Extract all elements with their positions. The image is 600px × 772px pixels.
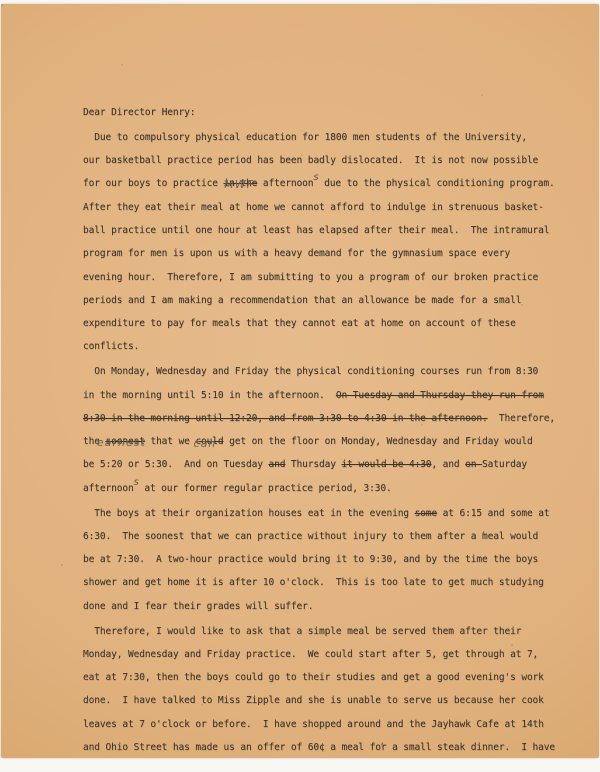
handwritten-annotation-text: can [194, 432, 217, 455]
paragraph: Due to compulsory physical education for… [83, 126, 563, 359]
typed-text: and some at [482, 508, 549, 519]
letter-line: expenditure to pay for meals that they c… [83, 312, 563, 335]
letter-line: On Monday, Wednesday and Friday the phys… [83, 360, 563, 383]
typed-text: leaves at 7 o'clock or before. I have sh… [83, 719, 381, 730]
typed-text: that we [145, 436, 196, 447]
typed-text: , and [431, 459, 465, 470]
typed-text: be at 7:30. A two-hour practice would br… [83, 554, 538, 565]
typed-text: conflicts. [83, 341, 139, 352]
typed-text: After they eat their meal at home we can… [83, 202, 544, 213]
letter-line: be 5:20 or 5:30. And on Tuesday and Thur… [83, 453, 563, 476]
typed-text: and the Jayhawk Cafe at 14th [381, 719, 544, 730]
typed-text: Saturday [482, 459, 527, 470]
letter-line: program for men is upon us with a heavy … [83, 242, 563, 265]
handwritten-comma-glyph: , [482, 518, 486, 541]
salutation: Dear Director Henry: [83, 101, 563, 124]
letter-line: ball practice until one hour at least ha… [83, 219, 563, 242]
typed-text: evening hour. Therefore, I am submitting… [83, 272, 538, 283]
letter-line: the soonestearliest that we couldcan get… [83, 430, 563, 453]
letter-line: The boys at their organization houses ea… [83, 502, 563, 525]
typed-text: eat at 7:30, then the boys could go to t… [83, 672, 544, 683]
typed-text: due to the physical conditioning program… [319, 178, 555, 189]
letter-line: done and I fear their grades will suffer… [83, 595, 563, 618]
struck-text: some [415, 508, 437, 519]
screenshot-root: { "colors": { "page_background": "#f8f7f… [0, 0, 600, 772]
paper-texture [1, 4, 3, 6]
handwritten-superscript: s [313, 166, 318, 189]
typed-text: done. I have talked to Miss Zipple and s… [83, 695, 544, 706]
handwritten-annotation-text: earliest [97, 431, 146, 454]
typed-text: our basketball practice period has been … [83, 155, 538, 166]
letter-line: and Ohio Street has made us an offer of … [83, 736, 563, 759]
paragraph: On Monday, Wednesday and Friday the phys… [83, 360, 563, 500]
typed-text: and Ohio Street has made us an offer of … [83, 742, 555, 753]
typed-text: program for men is upon us with a heavy … [83, 248, 510, 259]
typed-text: Monday, Wednesday and Friday practice. W… [83, 649, 538, 660]
struck-text: 8:30 in the morning until 12:20, and fro… [83, 413, 488, 424]
letter-line: shower and get home it is after 10 o'clo… [83, 571, 563, 594]
typed-text: at 6:15 [437, 508, 482, 519]
letter-line: 8:30 in the morning until 12:20, and fro… [83, 407, 563, 430]
typed-text: Therefore, I would like to ask that a si… [83, 626, 521, 637]
letter-line: in the morning until 5:10 in the afterno… [83, 384, 563, 407]
handwritten-comma-glyph: , [381, 729, 385, 752]
struck-text: On Tuesday and Thursday they run from [336, 390, 544, 401]
typed-text: afternoon [83, 483, 134, 494]
letter-line: periods and I am making a recommendation… [83, 289, 563, 312]
typed-text: ball practice until one hour at least ha… [83, 225, 549, 236]
handwritten-annotation-text: MWF [224, 173, 254, 196]
letter-body: Dear Director Henry: Due to compulsory p… [83, 101, 563, 759]
typed-text: Thursday [285, 459, 341, 470]
typed-text: done and I fear their grades will suffer… [83, 601, 313, 612]
letter-line: conflicts. [83, 335, 563, 358]
letter-line: 6:30. The soonest that we can practice w… [83, 525, 563, 548]
typed-text: afternoon [257, 178, 313, 189]
handwritten-superscript: s [134, 471, 139, 494]
letter-line: leaves at 7 o'clock or before. I have sh… [83, 713, 563, 736]
letter-line: afternoons at our former regular practic… [83, 477, 563, 500]
struck-text: it would be 4:30 [342, 459, 432, 470]
letter-line: be at 7:30. A two-hour practice would br… [83, 548, 563, 571]
letter-line: After they eat their meal at home we can… [83, 196, 563, 219]
typed-text: expenditure to pay for meals that they c… [83, 318, 516, 329]
typed-text: get on the floor on Monday, Wednesday an… [224, 436, 533, 447]
letter-line: eat at 7:30, then the boys could go to t… [83, 666, 563, 689]
letter-paragraphs: Due to compulsory physical education for… [83, 126, 563, 760]
letter-line: Due to compulsory physical education for… [83, 126, 563, 149]
typed-text: Therefore, [488, 413, 555, 424]
typed-text: The boys at their organization houses ea… [83, 508, 415, 519]
typed-text: Due to compulsory physical education for… [83, 132, 527, 143]
typed-text: On Monday, Wednesday and Friday the phys… [83, 366, 538, 377]
typed-text: shower and get home it is after 10 o'clo… [83, 577, 544, 588]
typed-text: periods and I am making a recommendation… [83, 295, 521, 306]
letter-line: our basketball practice period has been … [83, 149, 563, 172]
letter-line: Monday, Wednesday and Friday practice. W… [83, 643, 563, 666]
letter-line: for our boys to practice in theMWF after… [83, 172, 563, 195]
letter-line: Therefore, I would like to ask that a si… [83, 620, 563, 643]
typed-text: for our boys to practice [83, 178, 224, 189]
struck-text: and [268, 459, 285, 470]
paragraph: The boys at their organization houses ea… [83, 502, 563, 618]
letter-page: Dear Director Henry: Due to compulsory p… [1, 4, 599, 758]
letter-line: evening hour. Therefore, I am submitting… [83, 266, 563, 289]
struck-text: on [465, 459, 482, 470]
typed-text: in the morning until 5:10 in the afterno… [83, 390, 336, 401]
typed-text: at our former regular practice period, 3… [139, 483, 392, 494]
typed-text: be 5:20 or 5:30. And on Tuesday [83, 459, 268, 470]
paragraph: Therefore, I would like to ask that a si… [83, 620, 563, 760]
letter-line: done. I have talked to Miss Zipple and s… [83, 689, 563, 712]
typed-text: 6:30. The soonest that we can practice w… [83, 531, 538, 542]
